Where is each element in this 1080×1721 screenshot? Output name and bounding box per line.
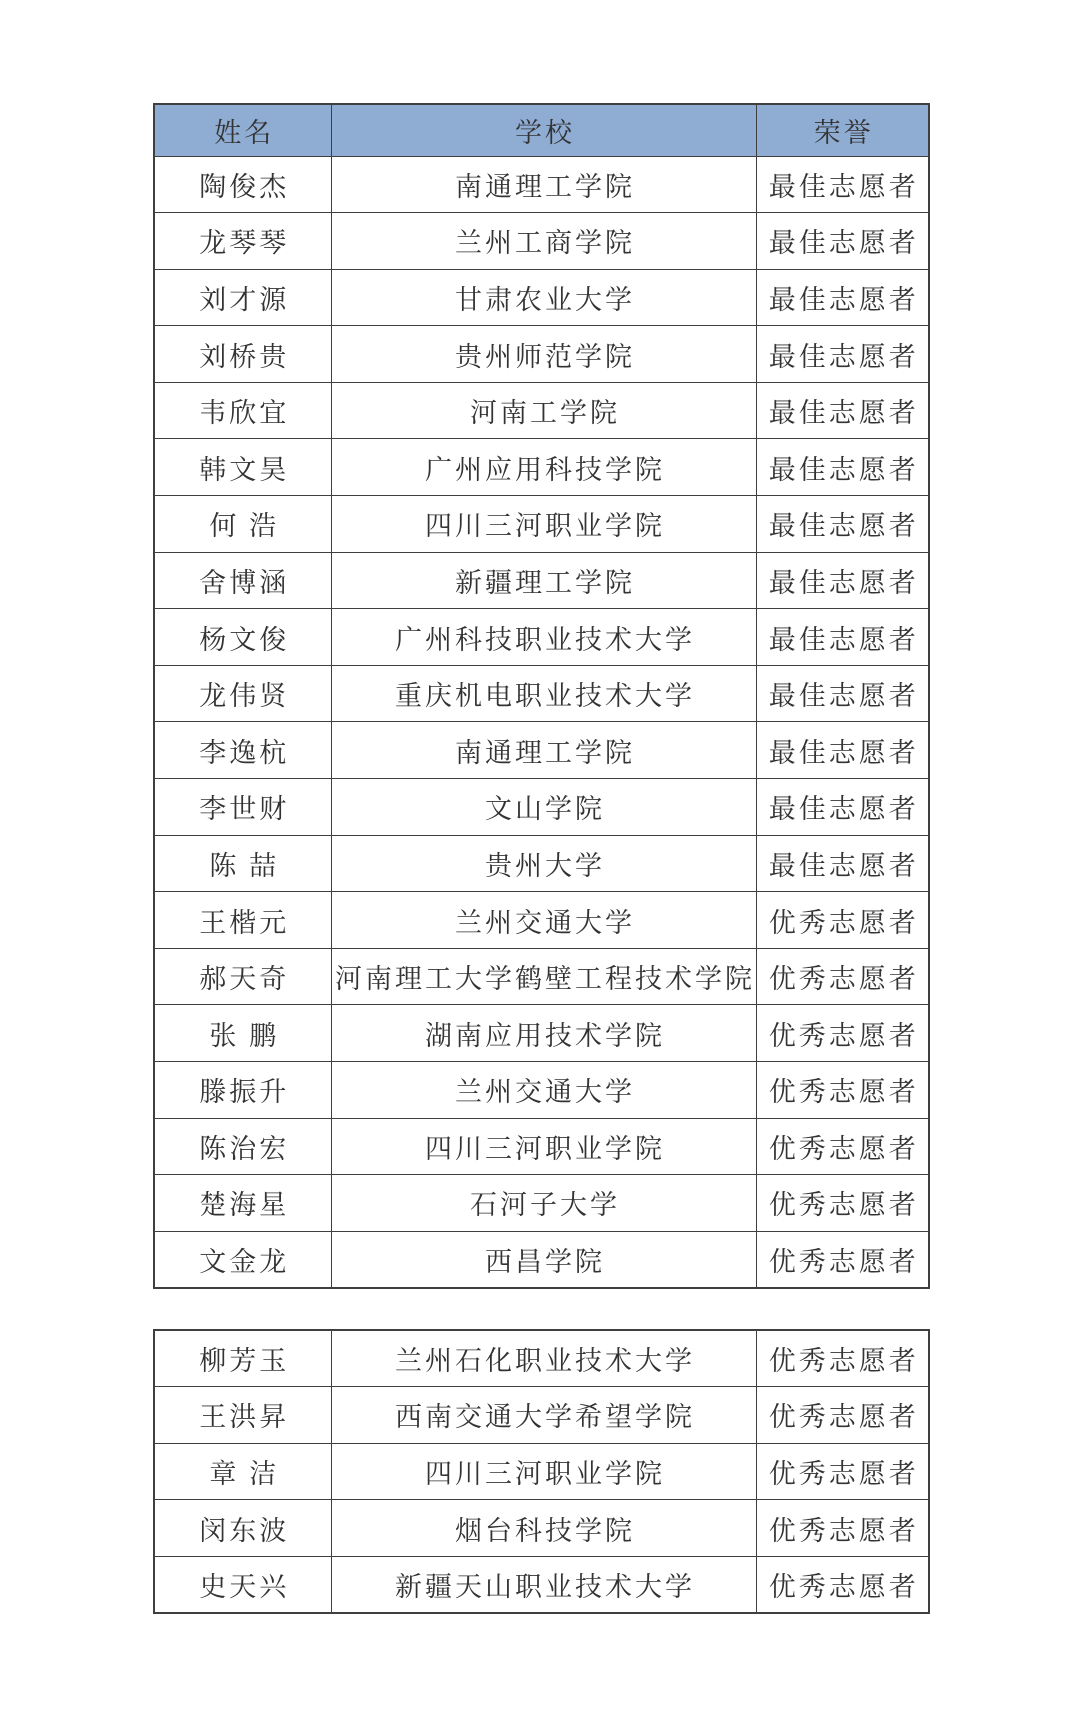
cell-school: 河南理工大学鹤壁工程技术学院 [331,948,756,1005]
cell-school: 湖南应用技术学院 [331,1005,756,1062]
table-row: 文金龙西昌学院优秀志愿者 [154,1231,929,1288]
cell-name: 陈治宏 [154,1118,331,1175]
cell-name: 杨文俊 [154,609,331,666]
table-header-row: 姓名 学校 荣誉 [154,104,929,156]
cell-honor: 优秀志愿者 [756,1330,929,1387]
cell-school: 兰州交通大学 [331,1062,756,1119]
cell-school: 西南交通大学希望学院 [331,1387,756,1444]
table-row: 史天兴新疆天山职业技术大学优秀志愿者 [154,1556,929,1613]
cell-honor: 最佳志愿者 [756,552,929,609]
table-row: 刘才源甘肃农业大学最佳志愿者 [154,269,929,326]
table-row: 王洪昇西南交通大学希望学院优秀志愿者 [154,1387,929,1444]
cell-name: 陈 喆 [154,835,331,892]
cell-school: 南通理工学院 [331,156,756,213]
cell-name: 龙琴琴 [154,213,331,270]
cell-name: 王洪昇 [154,1387,331,1444]
table-body-segment-2: 柳芳玉兰州石化职业技术大学优秀志愿者王洪昇西南交通大学希望学院优秀志愿者章 洁四… [154,1330,929,1613]
cell-name: 史天兴 [154,1556,331,1613]
cell-honor: 最佳志愿者 [756,382,929,439]
cell-honor: 最佳志愿者 [756,156,929,213]
table-row: 闵东波烟台科技学院优秀志愿者 [154,1500,929,1557]
cell-school: 西昌学院 [331,1231,756,1288]
cell-name: 楚海星 [154,1175,331,1232]
cell-honor: 最佳志愿者 [756,326,929,383]
cell-honor: 最佳志愿者 [756,496,929,553]
cell-school: 兰州石化职业技术大学 [331,1330,756,1387]
cell-honor: 最佳志愿者 [756,779,929,836]
cell-name: 文金龙 [154,1231,331,1288]
cell-school: 四川三河职业学院 [331,496,756,553]
cell-name: 张 鹏 [154,1005,331,1062]
cell-school: 贵州师范学院 [331,326,756,383]
cell-honor: 优秀志愿者 [756,1062,929,1119]
table-row: 柳芳玉兰州石化职业技术大学优秀志愿者 [154,1330,929,1387]
table-row: 刘桥贵贵州师范学院最佳志愿者 [154,326,929,383]
cell-school: 南通理工学院 [331,722,756,779]
cell-honor: 优秀志愿者 [756,1005,929,1062]
cell-honor: 优秀志愿者 [756,1231,929,1288]
cell-name: 郝天奇 [154,948,331,1005]
cell-name: 李逸杭 [154,722,331,779]
cell-name: 章 洁 [154,1443,331,1500]
table-row: 张 鹏湖南应用技术学院优秀志愿者 [154,1005,929,1062]
cell-school: 贵州大学 [331,835,756,892]
column-header-school: 学校 [331,104,756,156]
table-row: 龙伟贤重庆机电职业技术大学最佳志愿者 [154,665,929,722]
cell-name: 韩文昊 [154,439,331,496]
cell-name: 陶俊杰 [154,156,331,213]
cell-honor: 优秀志愿者 [756,892,929,949]
cell-honor: 最佳志愿者 [756,609,929,666]
cell-honor: 优秀志愿者 [756,1556,929,1613]
column-header-name: 姓名 [154,104,331,156]
table-row: 陶俊杰南通理工学院最佳志愿者 [154,156,929,213]
table-body-segment-1: 陶俊杰南通理工学院最佳志愿者龙琴琴兰州工商学院最佳志愿者刘才源甘肃农业大学最佳志… [154,156,929,1288]
table-row: 李逸杭南通理工学院最佳志愿者 [154,722,929,779]
table-row: 滕振升兰州交通大学优秀志愿者 [154,1062,929,1119]
cell-name: 舍博涵 [154,552,331,609]
table-row: 王楷元兰州交通大学优秀志愿者 [154,892,929,949]
table-row: 郝天奇河南理工大学鹤壁工程技术学院优秀志愿者 [154,948,929,1005]
cell-school: 河南工学院 [331,382,756,439]
cell-school: 四川三河职业学院 [331,1443,756,1500]
cell-name: 刘才源 [154,269,331,326]
cell-name: 龙伟贤 [154,665,331,722]
table-row: 舍博涵新疆理工学院最佳志愿者 [154,552,929,609]
cell-honor: 优秀志愿者 [756,1175,929,1232]
cell-name: 柳芳玉 [154,1330,331,1387]
table-row: 韩文昊广州应用科技学院最佳志愿者 [154,439,929,496]
table-row: 韦欣宜河南工学院最佳志愿者 [154,382,929,439]
cell-name: 王楷元 [154,892,331,949]
cell-school: 广州科技职业技术大学 [331,609,756,666]
cell-name: 韦欣宜 [154,382,331,439]
table-row: 陈 喆贵州大学最佳志愿者 [154,835,929,892]
table-row: 陈治宏四川三河职业学院优秀志愿者 [154,1118,929,1175]
cell-school: 烟台科技学院 [331,1500,756,1557]
cell-school: 新疆理工学院 [331,552,756,609]
cell-school: 兰州交通大学 [331,892,756,949]
cell-school: 重庆机电职业技术大学 [331,665,756,722]
document-page: 姓名 学校 荣誉 陶俊杰南通理工学院最佳志愿者龙琴琴兰州工商学院最佳志愿者刘才源… [0,0,1080,1721]
cell-school: 新疆天山职业技术大学 [331,1556,756,1613]
cell-name: 滕振升 [154,1062,331,1119]
cell-honor: 最佳志愿者 [756,439,929,496]
table-row: 章 洁四川三河职业学院优秀志愿者 [154,1443,929,1500]
cell-honor: 优秀志愿者 [756,1118,929,1175]
cell-school: 文山学院 [331,779,756,836]
cell-school: 兰州工商学院 [331,213,756,270]
column-header-honor: 荣誉 [756,104,929,156]
table-row: 何 浩四川三河职业学院最佳志愿者 [154,496,929,553]
table-row: 龙琴琴兰州工商学院最佳志愿者 [154,213,929,270]
cell-honor: 优秀志愿者 [756,948,929,1005]
cell-honor: 最佳志愿者 [756,269,929,326]
cell-honor: 最佳志愿者 [756,722,929,779]
cell-name: 李世财 [154,779,331,836]
cell-honor: 最佳志愿者 [756,835,929,892]
cell-honor: 优秀志愿者 [756,1387,929,1444]
cell-honor: 最佳志愿者 [756,213,929,270]
cell-school: 石河子大学 [331,1175,756,1232]
volunteer-table-segment-1: 姓名 学校 荣誉 陶俊杰南通理工学院最佳志愿者龙琴琴兰州工商学院最佳志愿者刘才源… [153,103,930,1289]
volunteer-table-segment-2: 柳芳玉兰州石化职业技术大学优秀志愿者王洪昇西南交通大学希望学院优秀志愿者章 洁四… [153,1329,930,1614]
cell-name: 闵东波 [154,1500,331,1557]
cell-honor: 优秀志愿者 [756,1443,929,1500]
table-row: 李世财文山学院最佳志愿者 [154,779,929,836]
cell-name: 刘桥贵 [154,326,331,383]
cell-school: 甘肃农业大学 [331,269,756,326]
cell-name: 何 浩 [154,496,331,553]
cell-honor: 优秀志愿者 [756,1500,929,1557]
cell-school: 广州应用科技学院 [331,439,756,496]
table-row: 杨文俊广州科技职业技术大学最佳志愿者 [154,609,929,666]
table-row: 楚海星石河子大学优秀志愿者 [154,1175,929,1232]
cell-honor: 最佳志愿者 [756,665,929,722]
cell-school: 四川三河职业学院 [331,1118,756,1175]
